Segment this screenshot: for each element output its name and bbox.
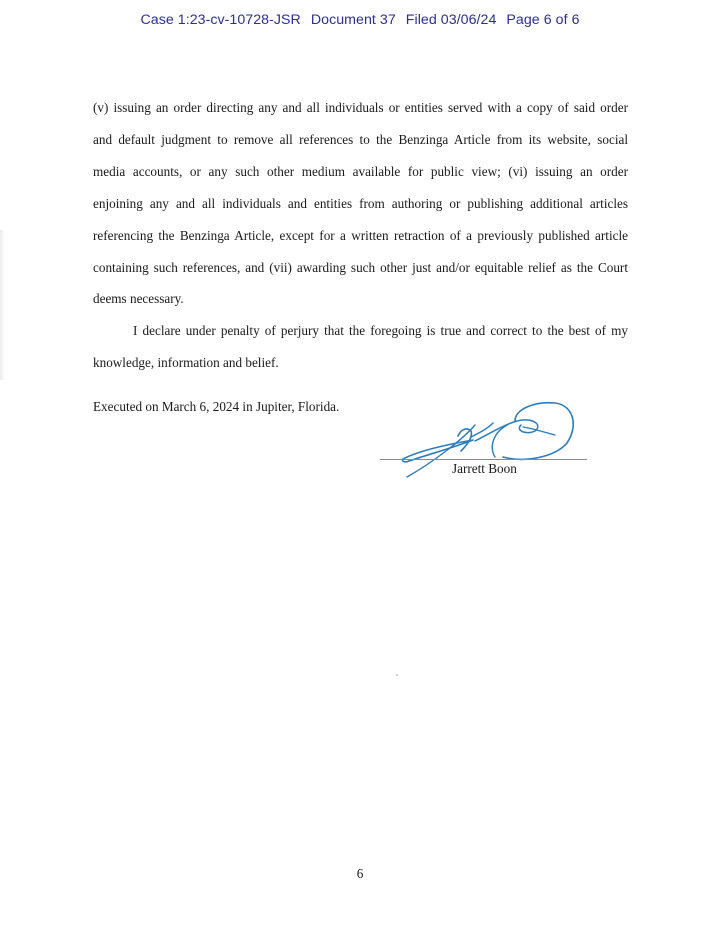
body-line: knowledge, information and belief. (93, 355, 628, 371)
scan-edge-artifact (0, 230, 4, 380)
body-line: containing such references, and (vii) aw… (93, 260, 628, 276)
ecf-header: Case 1:23-cv-10728-JSRDocument 37Filed 0… (0, 12, 720, 28)
case-number: Case 1:23-cv-10728-JSR (140, 12, 300, 28)
body-line: media accounts, or any such other medium… (93, 164, 628, 180)
body-line: (v) issuing an order directing any and a… (93, 100, 628, 116)
body-line: and default judgment to remove all refer… (93, 132, 628, 148)
document-number: Document 37 (311, 12, 396, 28)
body-line: deems necessary. (93, 291, 628, 307)
page-number: 6 (0, 866, 720, 882)
signer-name: Jarrett Boon (452, 461, 517, 477)
body-line: I declare under penalty of perjury that … (133, 323, 628, 339)
body-line: enjoining any and all individuals and en… (93, 196, 628, 212)
signature-line (380, 459, 587, 460)
scan-speck (396, 674, 398, 676)
filed-date: Filed 03/06/24 (406, 12, 497, 28)
page-indicator: Page 6 of 6 (506, 12, 579, 28)
body-line: referencing the Benzinga Article, except… (93, 228, 628, 244)
